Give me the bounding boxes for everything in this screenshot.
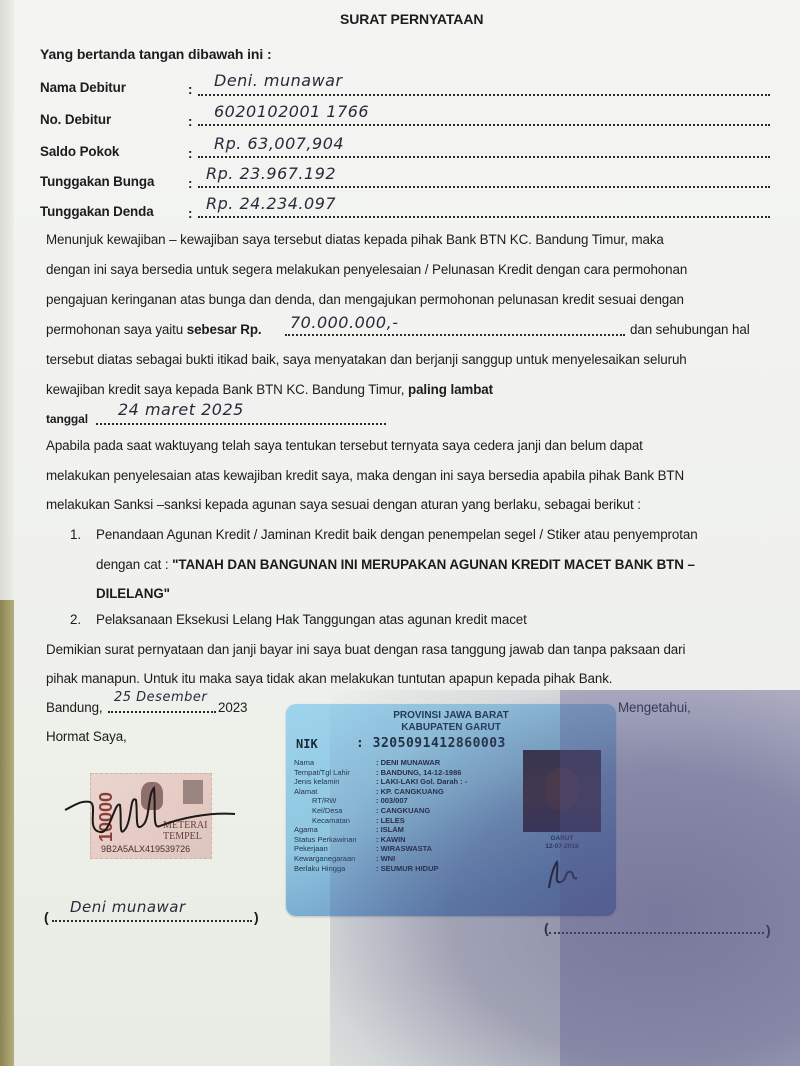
id-card-row-key: Agama: [294, 825, 318, 834]
id-card-row: Agama: ISLAM: [294, 825, 534, 834]
page-edge-top: [0, 0, 14, 600]
id-card-row-key: Alamat: [294, 787, 317, 796]
document-title: SURAT PERNYATAAN: [340, 11, 483, 27]
field-label-saldo-pokok: Saldo Pokok: [40, 144, 119, 159]
field-colon: :: [188, 206, 192, 221]
list-number: 2.: [70, 612, 81, 627]
signer-name: Deni munawar: [70, 898, 186, 916]
id-card-row: Kecamatan: LELES: [294, 816, 534, 825]
id-card-row-value: : LELES: [376, 816, 405, 825]
place-label: Bandung,: [46, 700, 103, 715]
id-card-province: PROVINSI JAWA BARAT: [286, 710, 616, 721]
id-card-row-value: : ISLAM: [376, 825, 404, 834]
field-value-no-debitur: 6020102001 1766: [214, 102, 369, 121]
paren-open: (: [44, 909, 49, 925]
id-card-row-value: : 003/007: [376, 796, 408, 805]
paragraph-line: Menunjuk kewajiban – kewajiban saya ters…: [46, 232, 664, 247]
field-label-tunggakan-bunga: Tunggakan Bunga: [40, 174, 154, 189]
id-card-regency: KABUPATEN GARUT: [286, 722, 616, 733]
id-card-row-key: Kecamatan: [312, 816, 350, 825]
field-colon: :: [188, 82, 192, 97]
field-label-tunggakan-denda: Tunggakan Denda: [40, 204, 154, 219]
id-card-row: Pekerjaan: WIRASWASTA: [294, 844, 534, 853]
id-card-row-key: Pekerjaan: [294, 844, 328, 853]
sign-date-dotted-line: [108, 711, 216, 713]
face-icon: [545, 768, 579, 810]
paragraph-line: melakukan Sanksi –sanksi kepada agunan s…: [46, 497, 641, 512]
id-card-row-key: Tempat/Tgl Lahir: [294, 768, 350, 777]
list-item-1-prefix: dengan cat :: [96, 557, 172, 572]
paragraph-line: Demikian surat pernyataan dan janji baya…: [46, 642, 685, 657]
signer-dotted-line: [52, 920, 252, 922]
date-dotted-line: [96, 423, 386, 425]
field-value-tunggakan-bunga: Rp. 23.967.192: [206, 164, 336, 183]
field-value-nama-debitur: Deni. munawar: [214, 71, 343, 90]
amount-prefix-bold: sebesar Rp.: [187, 322, 262, 337]
id-card-row-value: : KAWIN: [376, 835, 406, 844]
id-card-signature-icon: [541, 854, 581, 894]
paren-close: ): [254, 909, 259, 925]
id-card-row: Kel/Desa: CANGKUANG: [294, 806, 534, 815]
id-card-row-value: : WIRASWASTA: [376, 844, 432, 853]
regards-label: Hormat Saya,: [46, 729, 127, 744]
id-card-row: Alamat: KP. CANGKUANG: [294, 787, 534, 796]
field-colon: :: [188, 146, 192, 161]
field-line: [198, 186, 770, 188]
field-line: [198, 216, 770, 218]
id-card-row: Kewarganegaraan: WNI: [294, 854, 534, 863]
field-value-saldo-pokok: Rp. 63,007,904: [214, 134, 344, 153]
list-number: 1.: [70, 527, 81, 542]
list-item-1-line1: Penandaan Agunan Kredit / Jaminan Kredit…: [96, 527, 698, 542]
id-card-row-value: : SEUMUR HIDUP: [376, 864, 439, 873]
amount-dotted-line: [285, 334, 625, 336]
id-card-nik: : 3205091412860003: [356, 736, 506, 751]
id-card-row-value: : DENI MUNAWAR: [376, 758, 440, 767]
id-card-row-value: : WNI: [376, 854, 395, 863]
paragraph-line: dengan ini saya bersedia untuk segera me…: [46, 262, 687, 277]
id-card-row-key: Berlaku Hingga: [294, 864, 345, 873]
id-card-row: Jenis kelamin: LAKI-LAKI Gol. Darah : -: [294, 777, 534, 786]
acknowledged-label: Mengetahui,: [618, 700, 691, 715]
paren-close-right: ): [766, 922, 771, 938]
list-item-2-line1: Pelaksanaan Eksekusi Lelang Hak Tanggung…: [96, 612, 527, 627]
id-card-row-value: : LAKI-LAKI Gol. Darah : -: [376, 777, 467, 786]
deadline-text: kewajiban kredit saya kepada Bank BTN KC…: [46, 382, 408, 397]
field-colon: :: [188, 114, 192, 129]
paragraph-line: pihak manapun. Untuk itu maka saya tidak…: [46, 671, 612, 686]
sign-date-value: 25 Desember: [114, 690, 207, 705]
id-card-row: RT/RW: 003/007: [294, 796, 534, 805]
acknowledger-dotted-line: [549, 932, 764, 934]
amount-suffix: dan sehubungan hal: [630, 322, 750, 337]
field-value-tunggakan-denda: Rp. 24.234.097: [206, 194, 336, 213]
field-line: [198, 94, 770, 96]
id-card-row-value: : BANDUNG, 14-12-1986: [376, 768, 461, 777]
paragraph-line: pengajuan keringanan atas bunga dan dend…: [46, 292, 684, 307]
field-label-nama-debitur: Nama Debitur: [40, 80, 126, 95]
id-card-issue-date: 12-07-2018: [523, 843, 601, 850]
amount-value: 70.000.000,-: [290, 313, 398, 332]
field-label-no-debitur: No. Debitur: [40, 112, 111, 127]
id-card-nik-label: NIK: [296, 737, 318, 751]
id-card-row-key: RT/RW: [312, 796, 336, 805]
id-card-row-key: Jenis kelamin: [294, 777, 339, 786]
id-card-row: Berlaku Hingga: SEUMUR HIDUP: [294, 864, 534, 873]
list-item-1-bold: "TANAH DAN BANGUNAN INI MERUPAKAN AGUNAN…: [172, 557, 695, 572]
id-card-row-key: Status Perkawinan: [294, 835, 357, 844]
id-card-row-key: Nama: [294, 758, 314, 767]
paragraph-line: tersebut diatas sebagai bukti itikad bai…: [46, 352, 687, 367]
paragraph-line: Apabila pada saat waktuyang telah saya t…: [46, 438, 643, 453]
amount-prefix: permohonan saya yaitu: [46, 322, 187, 337]
amount-line: permohonan saya yaitu sebesar Rp.: [46, 322, 262, 337]
id-card-photo: [523, 750, 601, 832]
field-colon: :: [188, 176, 192, 191]
list-item-1-line2: dengan cat : "TANAH DAN BANGUNAN INI MER…: [96, 557, 695, 572]
id-card-row-value: : KP. CANGKUANG: [376, 787, 444, 796]
list-item-1-line3: DILELANG": [96, 586, 170, 601]
id-card-row: Nama: DENI MUNAWAR: [294, 758, 534, 767]
id-card-row: Tempat/Tgl Lahir: BANDUNG, 14-12-1986: [294, 768, 534, 777]
paragraph-line: melakukan penyelesaian atas kewajiban kr…: [46, 468, 684, 483]
field-line: [198, 156, 770, 158]
id-card-row-key: Kel/Desa: [312, 806, 342, 815]
field-line: [198, 124, 770, 126]
id-card-row-key: Kewarganegaraan: [294, 854, 355, 863]
deadline-line: kewajiban kredit saya kepada Bank BTN KC…: [46, 382, 493, 397]
paren-open-right: (: [544, 920, 549, 936]
id-card-row: Status Perkawinan: KAWIN: [294, 835, 534, 844]
id-card: PROVINSI JAWA BARAT KABUPATEN GARUT NIK …: [286, 704, 616, 916]
date-label: tanggal: [46, 412, 88, 426]
deadline-date-value: 24 maret 2025: [118, 400, 244, 419]
signature-icon: [60, 780, 240, 860]
id-card-row-value: : CANGKUANG: [376, 806, 430, 815]
sign-year: 2023: [218, 700, 247, 715]
intro-text: Yang bertanda tangan dibawah ini :: [40, 46, 272, 62]
id-card-issue-city: GARUT: [523, 835, 601, 842]
deadline-bold: paling lambat: [408, 382, 493, 397]
